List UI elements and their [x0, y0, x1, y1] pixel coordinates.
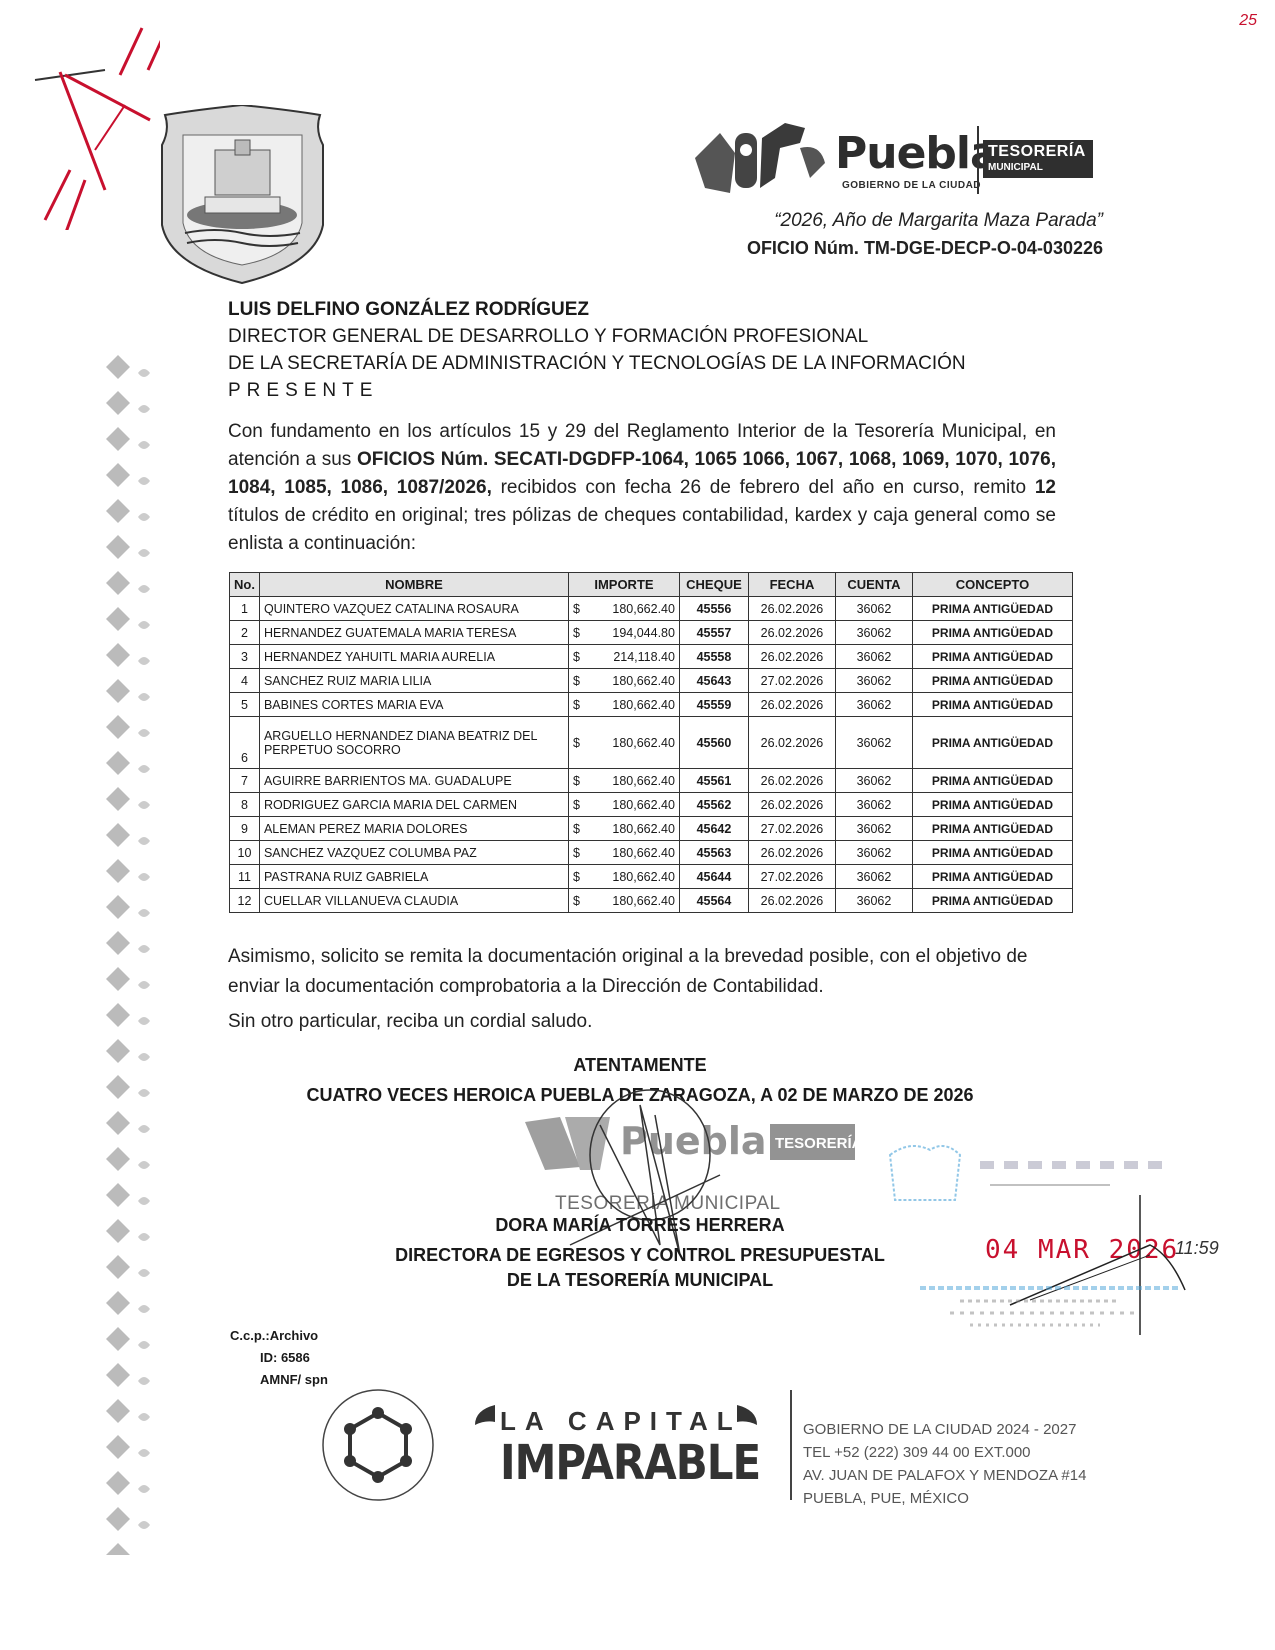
- ccp-id: ID: 6586: [230, 1347, 328, 1369]
- badge-line-1: TESORERÍA: [988, 143, 1086, 161]
- received-stamp-text-icon: [920, 1283, 1180, 1333]
- cell-concepto: PRIMA ANTIGÜEDAD: [912, 865, 1072, 889]
- logo-wordmark: Puebla: [835, 128, 999, 179]
- cell-chq: 45643: [679, 669, 748, 693]
- cell-imp: $180,662.40: [568, 889, 679, 913]
- cell-chq: 45564: [679, 889, 748, 913]
- logo-divider: [977, 126, 979, 194]
- ccp-archivo: C.c.p.:Archivo: [230, 1328, 318, 1343]
- cell-no: 1: [230, 597, 260, 621]
- cell-concepto: PRIMA ANTIGÜEDAD: [912, 817, 1072, 841]
- cell-chq: 45556: [679, 597, 748, 621]
- addressee-name: LUIS DELFINO GONZÁLEZ RODRÍGUEZ: [228, 296, 966, 323]
- cell-nombre: BABINES CORTES MARIA EVA: [259, 693, 568, 717]
- cell-concepto: PRIMA ANTIGÜEDAD: [912, 889, 1072, 913]
- cell-no: 10: [230, 841, 260, 865]
- body-paragraph-1: Con fundamento en los artículos 15 y 29 …: [228, 418, 1056, 558]
- cell-nombre: ARGUELLO HERNANDEZ DIANA BEATRIZ DEL PER…: [259, 717, 568, 769]
- footer-address: AV. JUAN DE PALAFOX Y MENDOZA #14: [803, 1464, 1086, 1487]
- cell-cuenta: 36062: [835, 717, 912, 769]
- table-row: 6ARGUELLO HERNANDEZ DIANA BEATRIZ DEL PE…: [230, 717, 1073, 769]
- cell-concepto: PRIMA ANTIGÜEDAD: [912, 841, 1072, 865]
- cell-imp: $180,662.40: [568, 865, 679, 889]
- cell-cuenta: 36062: [835, 621, 912, 645]
- cell-fecha: 26.02.2026: [748, 597, 835, 621]
- slogan-line-2: IMPARABLE: [500, 1434, 760, 1490]
- signer-name: DORA MARÍA TORRES HERRERA: [300, 1215, 980, 1236]
- cell-fecha: 26.02.2026: [748, 717, 835, 769]
- city-coat-of-arms-icon: [155, 105, 330, 285]
- cell-chq: 45561: [679, 769, 748, 793]
- presente-label: PRESENTE: [228, 377, 966, 404]
- cell-concepto: PRIMA ANTIGÜEDAD: [912, 597, 1072, 621]
- cell-concepto: PRIMA ANTIGÜEDAD: [912, 717, 1072, 769]
- cell-chq: 45563: [679, 841, 748, 865]
- addressee-block: LUIS DELFINO GONZÁLEZ RODRÍGUEZ DIRECTOR…: [228, 296, 966, 404]
- table-row: 7AGUIRRE BARRIENTOS MA. GUADALUPE$180,66…: [230, 769, 1073, 793]
- cell-chq: 45558: [679, 645, 748, 669]
- cell-imp: $180,662.40: [568, 717, 679, 769]
- cell-cuenta: 36062: [835, 693, 912, 717]
- puebla-emblem-icon: [690, 118, 830, 198]
- cell-nombre: AGUIRRE BARRIENTOS MA. GUADALUPE: [259, 769, 568, 793]
- cell-fecha: 27.02.2026: [748, 865, 835, 889]
- footer-divider: [790, 1390, 792, 1500]
- cell-fecha: 26.02.2026: [748, 693, 835, 717]
- cell-concepto: PRIMA ANTIGÜEDAD: [912, 693, 1072, 717]
- cell-no: 5: [230, 693, 260, 717]
- svg-text:TESORERÍA: TESORERÍA: [775, 1135, 860, 1152]
- cell-nombre: CUELLAR VILLANUEVA CLAUDIA: [259, 889, 568, 913]
- cell-imp: $180,662.40: [568, 841, 679, 865]
- decorative-border-icon: [100, 355, 160, 1555]
- cell-fecha: 26.02.2026: [748, 793, 835, 817]
- cell-cuenta: 36062: [835, 645, 912, 669]
- column-header: NOMBRE: [259, 573, 568, 597]
- footer-contact-info: GOBIERNO DE LA CIUDAD 2024 - 2027 TEL +5…: [803, 1418, 1086, 1510]
- cell-nombre: SANCHEZ RUIZ MARIA LILIA: [259, 669, 568, 693]
- cell-nombre: SANCHEZ VAZQUEZ COLUMBA PAZ: [259, 841, 568, 865]
- cell-no: 7: [230, 769, 260, 793]
- nmx-equality-seal-icon: [318, 1385, 438, 1505]
- cell-imp: $180,662.40: [568, 669, 679, 693]
- column-header: CHEQUE: [679, 573, 748, 597]
- slogan-line-1: LA CAPITAL: [500, 1406, 742, 1437]
- left-wing-icon: [470, 1400, 500, 1440]
- cell-fecha: 26.02.2026: [748, 621, 835, 645]
- addressee-title-1: DIRECTOR GENERAL DE DESARROLLO Y FORMACI…: [228, 323, 966, 350]
- cell-chq: 45560: [679, 717, 748, 769]
- cell-fecha: 26.02.2026: [748, 769, 835, 793]
- table-header-row: No.NOMBREIMPORTECHEQUEFECHACUENTACONCEPT…: [230, 573, 1073, 597]
- footer-phone: TEL +52 (222) 309 44 00 EXT.000: [803, 1441, 1086, 1464]
- copy-list: C.c.p.:Archivo ID: 6586 AMNF/ spn: [230, 1325, 328, 1391]
- cheques-table: No.NOMBREIMPORTECHEQUEFECHACUENTACONCEPT…: [229, 572, 1073, 913]
- cell-cuenta: 36062: [835, 865, 912, 889]
- handwritten-marks-icon: [30, 10, 160, 230]
- cell-no: 2: [230, 621, 260, 645]
- cell-cuenta: 36062: [835, 669, 912, 693]
- column-header: CUENTA: [835, 573, 912, 597]
- table-row: 8RODRIGUEZ GARCIA MARIA DEL CARMEN$180,6…: [230, 793, 1073, 817]
- year-motto: “2026, Año de Margarita Maza Parada”: [774, 210, 1103, 232]
- p1-text-e: títulos de crédito en original; tres pól…: [228, 505, 1056, 554]
- cell-imp: $180,662.40: [568, 693, 679, 717]
- signer-position-2: DE LA TESORERÍA MUNICIPAL: [300, 1270, 980, 1291]
- cell-cuenta: 36062: [835, 889, 912, 913]
- cell-no: 6: [230, 717, 260, 769]
- cell-nombre: RODRIGUEZ GARCIA MARIA DEL CARMEN: [259, 793, 568, 817]
- cell-concepto: PRIMA ANTIGÜEDAD: [912, 769, 1072, 793]
- oficio-number: OFICIO Núm. TM-DGE-DECP-O-04-030226: [747, 238, 1103, 259]
- table-row: 1QUINTERO VAZQUEZ CATALINA ROSAURA$180,6…: [230, 597, 1073, 621]
- cell-fecha: 27.02.2026: [748, 669, 835, 693]
- cell-no: 4: [230, 669, 260, 693]
- table-row: 5BABINES CORTES MARIA EVA$180,662.404555…: [230, 693, 1073, 717]
- table-body: 1QUINTERO VAZQUEZ CATALINA ROSAURA$180,6…: [230, 597, 1073, 913]
- cell-nombre: PASTRANA RUIZ GABRIELA: [259, 865, 568, 889]
- p1-count: 12: [1035, 477, 1056, 498]
- cell-fecha: 26.02.2026: [748, 841, 835, 865]
- column-header: CONCEPTO: [912, 573, 1072, 597]
- cell-no: 3: [230, 645, 260, 669]
- cell-nombre: HERNANDEZ YAHUITL MARIA AURELIA: [259, 645, 568, 669]
- cell-no: 12: [230, 889, 260, 913]
- cell-chq: 45559: [679, 693, 748, 717]
- closing-atentamente: ATENTAMENTE: [300, 1055, 980, 1076]
- footer-government: GOBIERNO DE LA CIUDAD 2024 - 2027: [803, 1418, 1086, 1441]
- cell-imp: $214,118.40: [568, 645, 679, 669]
- cell-nombre: ALEMAN PEREZ MARIA DOLORES: [259, 817, 568, 841]
- cell-concepto: PRIMA ANTIGÜEDAD: [912, 645, 1072, 669]
- table-row: 10SANCHEZ VAZQUEZ COLUMBA PAZ$180,662.40…: [230, 841, 1073, 865]
- table-row: 12CUELLAR VILLANUEVA CLAUDIA$180,662.404…: [230, 889, 1073, 913]
- footer-city: PUEBLA, PUE, MÉXICO: [803, 1487, 1086, 1510]
- table-row: 4SANCHEZ RUIZ MARIA LILIA$180,662.404564…: [230, 669, 1073, 693]
- table-row: 2HERNANDEZ GUATEMALA MARIA TERESA$194,04…: [230, 621, 1073, 645]
- cell-nombre: HERNANDEZ GUATEMALA MARIA TERESA: [259, 621, 568, 645]
- ccp-initials: AMNF/ spn: [230, 1369, 328, 1391]
- cell-cuenta: 36062: [835, 841, 912, 865]
- cell-fecha: 27.02.2026: [748, 817, 835, 841]
- addressee-title-2: DE LA SECRETARÍA DE ADMINISTRACIÓN Y TEC…: [228, 350, 966, 377]
- logo-subtitle: GOBIERNO DE LA CIUDAD: [842, 180, 981, 191]
- cell-imp: $180,662.40: [568, 769, 679, 793]
- cell-imp: $180,662.40: [568, 817, 679, 841]
- cell-concepto: PRIMA ANTIGÜEDAD: [912, 621, 1072, 645]
- page-number-mark: 25: [1239, 12, 1257, 30]
- cell-chq: 45644: [679, 865, 748, 889]
- cell-fecha: 26.02.2026: [748, 645, 835, 669]
- cell-chq: 45562: [679, 793, 748, 817]
- cell-imp: $180,662.40: [568, 597, 679, 621]
- body-paragraph-2: Asimismo, solicito se remita la document…: [228, 942, 1078, 1002]
- p1-text-c: recibidos con fecha 26 de febrero del añ…: [492, 477, 1035, 498]
- cell-no: 11: [230, 865, 260, 889]
- cell-cuenta: 36062: [835, 817, 912, 841]
- puebla-tesoreria-logo: Puebla GOBIERNO DE LA CIUDAD TESORERÍA M…: [690, 118, 1110, 198]
- cell-cuenta: 36062: [835, 597, 912, 621]
- tesoreria-badge: TESORERÍA MUNICIPAL: [983, 140, 1093, 178]
- cell-imp: $180,662.40: [568, 793, 679, 817]
- table-row: 9ALEMAN PEREZ MARIA DOLORES$180,662.4045…: [230, 817, 1073, 841]
- signer-position-1: DIRECTORA DE EGRESOS Y CONTROL PRESUPUES…: [300, 1245, 980, 1266]
- column-header: No.: [230, 573, 260, 597]
- column-header: FECHA: [748, 573, 835, 597]
- cell-cuenta: 36062: [835, 793, 912, 817]
- cell-cuenta: 36062: [835, 769, 912, 793]
- badge-line-2: MUNICIPAL: [988, 162, 1043, 173]
- body-paragraph-3: Sin otro particular, reciba un cordial s…: [228, 1008, 1056, 1036]
- la-capital-imparable-logo: LA CAPITAL IMPARABLE: [470, 1400, 770, 1500]
- cell-concepto: PRIMA ANTIGÜEDAD: [912, 669, 1072, 693]
- cell-nombre: QUINTERO VAZQUEZ CATALINA ROSAURA: [259, 597, 568, 621]
- table-row: 11PASTRANA RUIZ GABRIELA$180,662.4045644…: [230, 865, 1073, 889]
- cell-no: 9: [230, 817, 260, 841]
- column-header: IMPORTE: [568, 573, 679, 597]
- cell-concepto: PRIMA ANTIGÜEDAD: [912, 793, 1072, 817]
- cell-imp: $194,044.80: [568, 621, 679, 645]
- cell-no: 8: [230, 793, 260, 817]
- table-row: 3HERNANDEZ YAHUITL MARIA AURELIA$214,118…: [230, 645, 1073, 669]
- cell-chq: 45642: [679, 817, 748, 841]
- cell-chq: 45557: [679, 621, 748, 645]
- cell-fecha: 26.02.2026: [748, 889, 835, 913]
